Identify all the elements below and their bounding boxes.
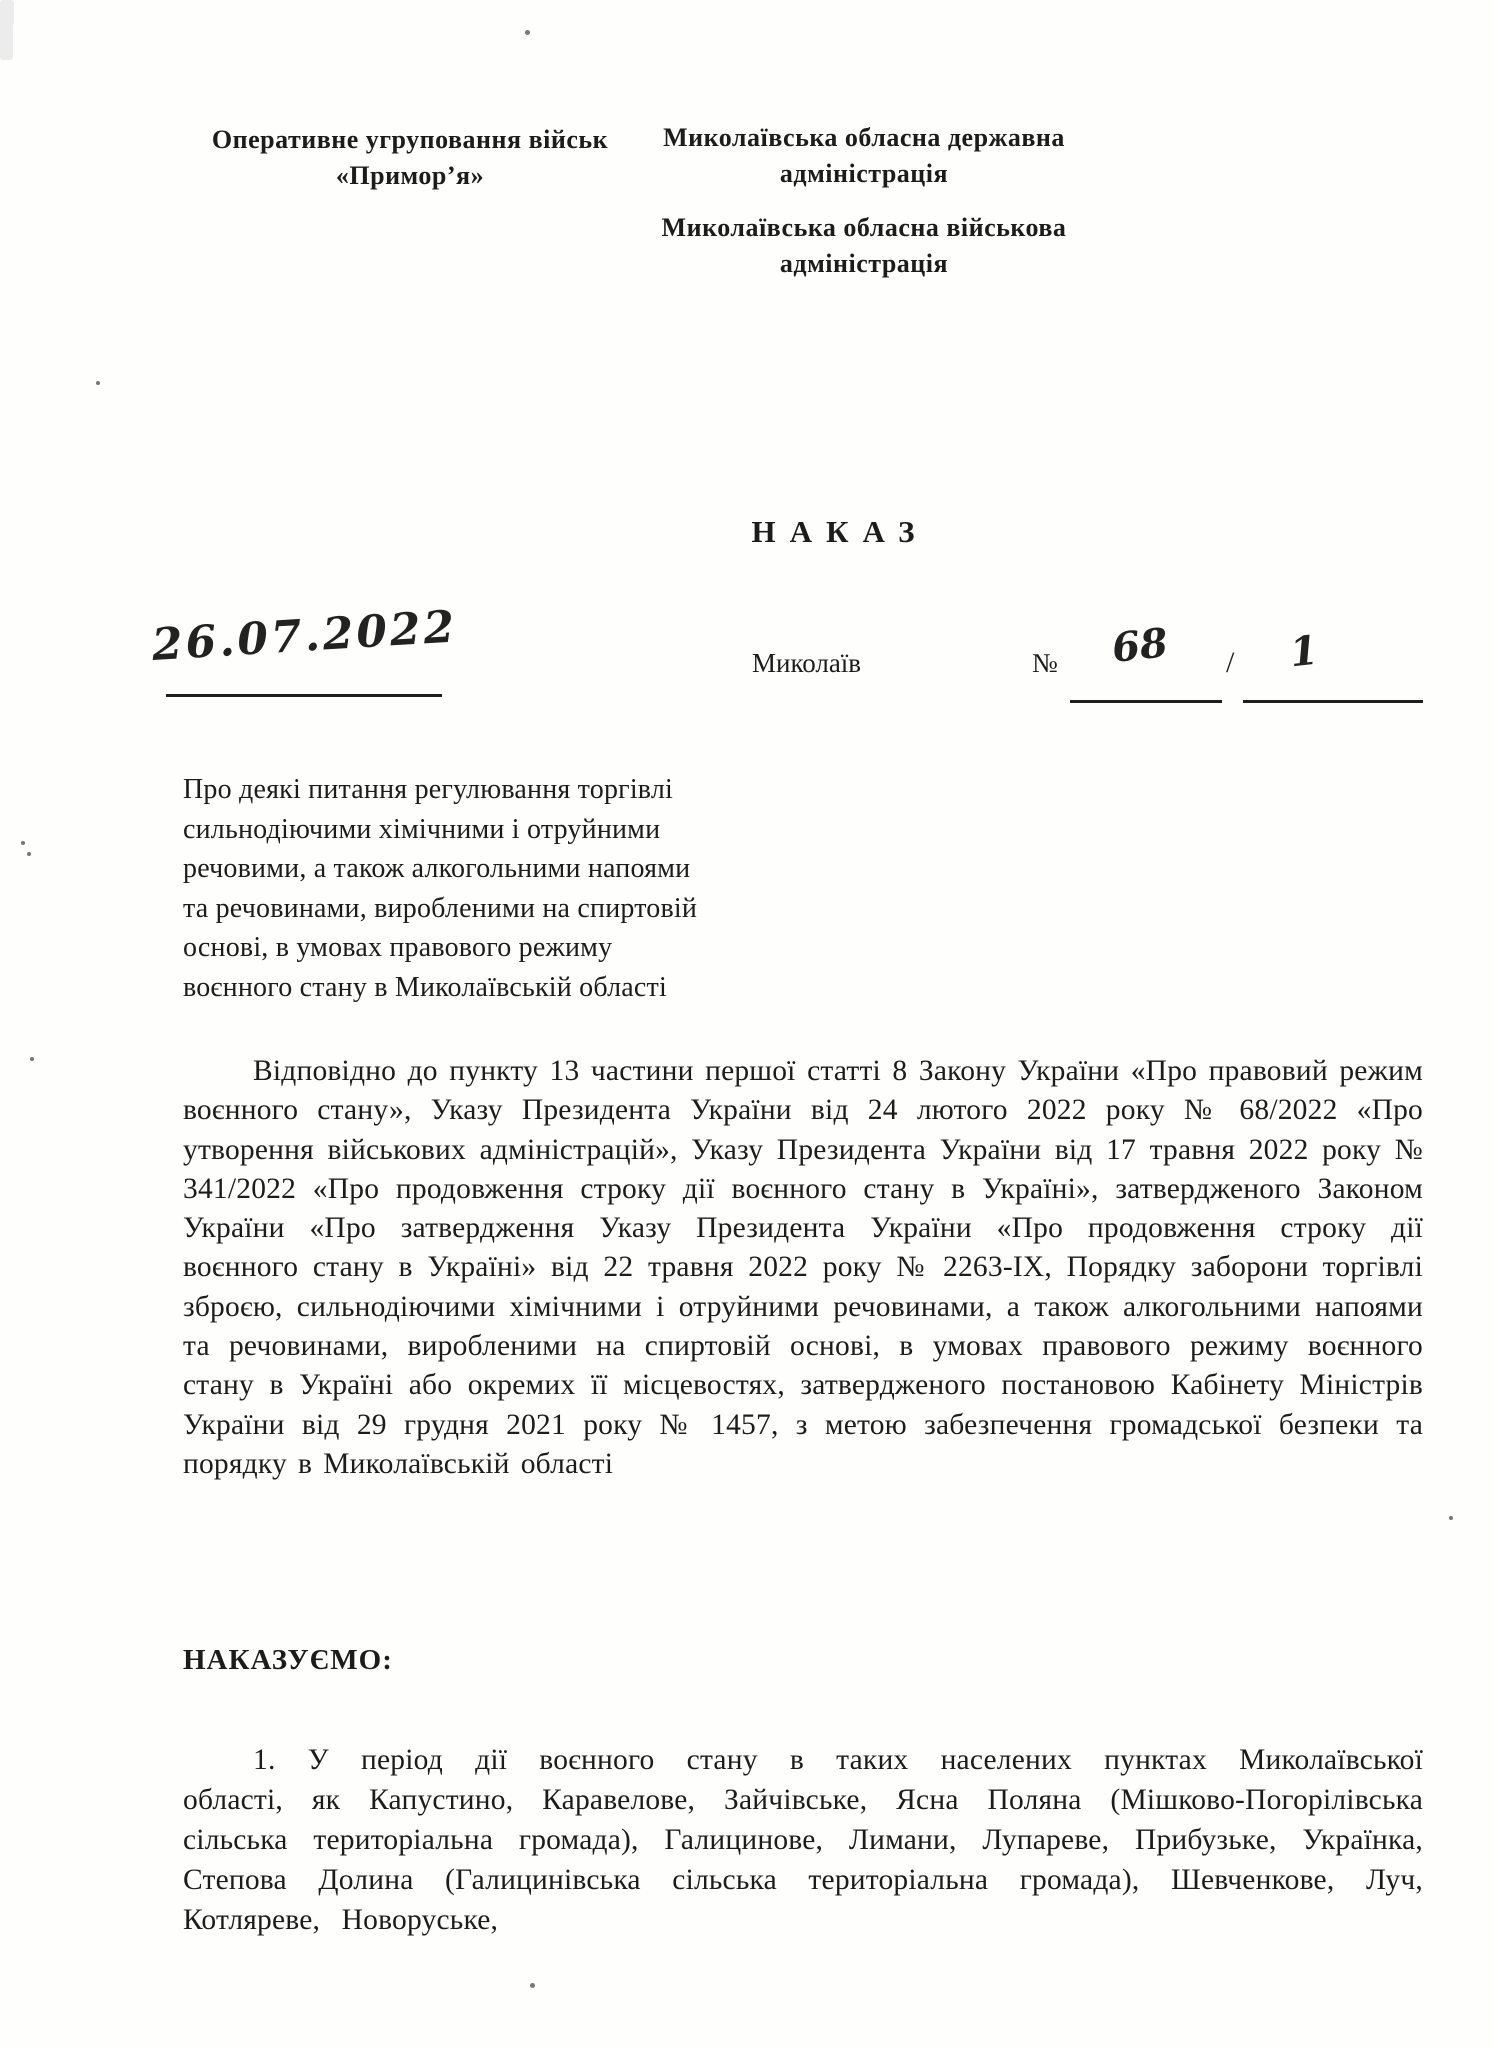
handwritten-date: 26.07.2022 bbox=[150, 601, 458, 671]
order-item-1: 1. У період дії воєнного стану в таких н… bbox=[183, 1740, 1423, 1940]
number-suffix-underline bbox=[1243, 700, 1423, 703]
number-separator: / bbox=[1226, 646, 1234, 680]
scan-speck bbox=[530, 1983, 535, 1988]
issuer-org-right-state: Миколаївська обласна державна адміністра… bbox=[648, 120, 1080, 192]
handwritten-number-suffix: 1 bbox=[1288, 627, 1321, 677]
scan-speck bbox=[27, 852, 31, 856]
preamble-paragraph: Відповідно до пункту 13 частини першої с… bbox=[183, 1052, 1423, 1484]
scan-speck bbox=[30, 1057, 34, 1061]
scan-speck bbox=[1449, 1516, 1453, 1520]
document-city: Миколаїв bbox=[752, 648, 861, 679]
number-underline bbox=[1070, 700, 1222, 703]
document-title: НАКАЗ bbox=[620, 514, 1060, 550]
scan-smudge bbox=[0, 0, 10, 26]
issuer-org-left: Оперативне угруповання військ «Примор’я» bbox=[198, 122, 622, 194]
handwritten-number: 68 bbox=[1110, 619, 1170, 672]
order-heading: НАКАЗУЄМО: bbox=[183, 1644, 393, 1677]
subject-paragraph: Про деякі питання регулювання торгівлі с… bbox=[183, 770, 763, 1007]
issuer-org-right-military: Миколаївська обласна військова адміністр… bbox=[648, 210, 1080, 282]
scan-speck bbox=[525, 30, 530, 35]
scan-speck bbox=[96, 381, 100, 385]
number-sign: № bbox=[1032, 648, 1058, 679]
date-underline bbox=[166, 694, 442, 697]
scanned-order-page: Оперативне угруповання військ «Примор’я»… bbox=[0, 0, 1494, 2048]
scan-speck bbox=[21, 841, 25, 845]
